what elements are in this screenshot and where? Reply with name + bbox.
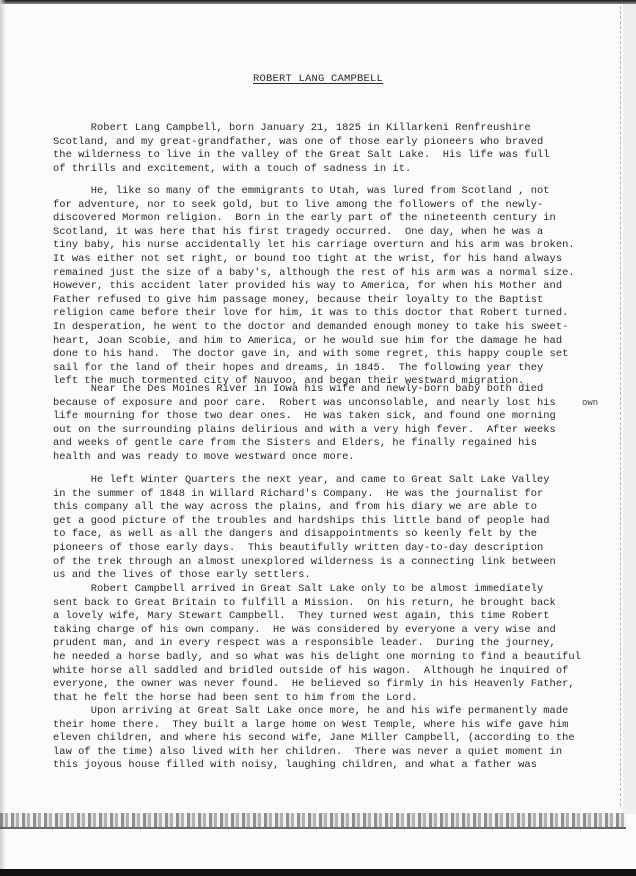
text-line: Scotland, and my great-grandfather, was … [53,136,613,150]
text-line: tiny baby, his nurse accidentally let hi… [53,239,613,253]
paragraph-3: Near the Des Moines River in Iowa his wi… [53,383,613,465]
text-line: he needed a horse badly, and so what was… [53,651,613,665]
scan-bottom-border [0,869,636,876]
text-line: Upon arriving at Great Salt Lake once mo… [53,705,613,719]
text-line: a lovely wife, Mary Stewart Campbell. Th… [53,610,613,624]
text-line: this company all the way across the plai… [53,501,613,515]
text-line: this joyous house filled with noisy, lau… [53,759,613,773]
margin-note: own [582,398,598,408]
text-line: law of the time) also lived with her chi… [53,746,613,760]
text-line: their home there. They built a large hom… [53,719,613,733]
text-line: Robert Campbell arrived in Great Salt La… [53,583,613,597]
paragraph-4: He left Winter Quarters the next year, a… [53,474,613,583]
text-line: of the trek through an almost unexplored… [53,556,613,570]
text-line: religion came before their love for him,… [53,307,613,321]
text-line: that he felt the horse had been sent to … [53,692,613,706]
text-line: in the summer of 1848 in Willard Richard… [53,488,613,502]
text-line: Scotland, it was here that his first tra… [53,226,613,240]
text-line: He left Winter Quarters the next year, a… [53,474,613,488]
scan-left-shadow [0,0,6,876]
scan-right-margin [623,4,636,814]
text-line: the wilderness to live in the valley of … [53,149,613,163]
document-title: ROBERT LANG CAMPBELL [0,73,636,85]
text-line: He, like so many of the emmigrants to Ut… [53,185,613,199]
page-fold-line [620,6,623,806]
text-line: and weeks of gentle care from the Sister… [53,437,613,451]
scan-top-edge [0,0,636,4]
text-line: life mourning for those two dear ones. H… [53,410,613,424]
text-line: pioneers of those early days. This beaut… [53,542,613,556]
text-line: out on the surrounding plains delirious … [53,424,613,438]
text-line: for adventure, nor to seek gold, but to … [53,199,613,213]
text-line: Robert Lang Campbell, born January 21, 1… [53,122,613,136]
text-line: sail for the land of their hopes and dre… [53,362,613,376]
scan-bottom-edge [0,813,626,829]
text-line: Near the Des Moines River in Iowa his wi… [53,383,613,397]
text-line: heart, Joan Scobie, and him to America, … [53,335,613,349]
text-line: Father refused to give him passage money… [53,294,613,308]
text-line: It was either not set right, or bound to… [53,253,613,267]
paragraph-2: He, like so many of the emmigrants to Ut… [53,185,613,389]
text-line: get a good picture of the troubles and h… [53,515,613,529]
text-line: because of exposure and poor care. Rober… [53,397,613,411]
text-line: done to his hand. The doctor gave in, an… [53,348,613,362]
text-line: of thrills and excitement, with a touch … [53,163,613,177]
text-line: to face, as well as all the dangers and … [53,528,613,542]
text-line: remained just the size of a baby's, alth… [53,267,613,281]
text-line: health and was ready to move westward on… [53,451,613,465]
text-line: taking charge of his own company. He was… [53,624,613,638]
text-line: In desperation, he went to the doctor an… [53,321,613,335]
text-line: prudent man, and in every respect was a … [53,637,613,651]
text-line: everyone, the owner was never found. He … [53,678,613,692]
paragraph-6: Upon arriving at Great Salt Lake once mo… [53,705,613,773]
text-line: discovered Mormon religion. Born in the … [53,212,613,226]
paragraph-1: Robert Lang Campbell, born January 21, 1… [53,122,613,176]
title-text: ROBERT LANG CAMPBELL [253,73,383,85]
text-line: However, this accident later provided hi… [53,280,613,294]
text-line: us and the lives of those early settlers… [53,569,613,583]
text-line: sent back to Great Britain to fulfill a … [53,597,613,611]
text-line: white horse all saddled and bridled outs… [53,665,613,679]
paragraph-5: Robert Campbell arrived in Great Salt La… [53,583,613,705]
text-line: eleven children, and where his second wi… [53,732,613,746]
